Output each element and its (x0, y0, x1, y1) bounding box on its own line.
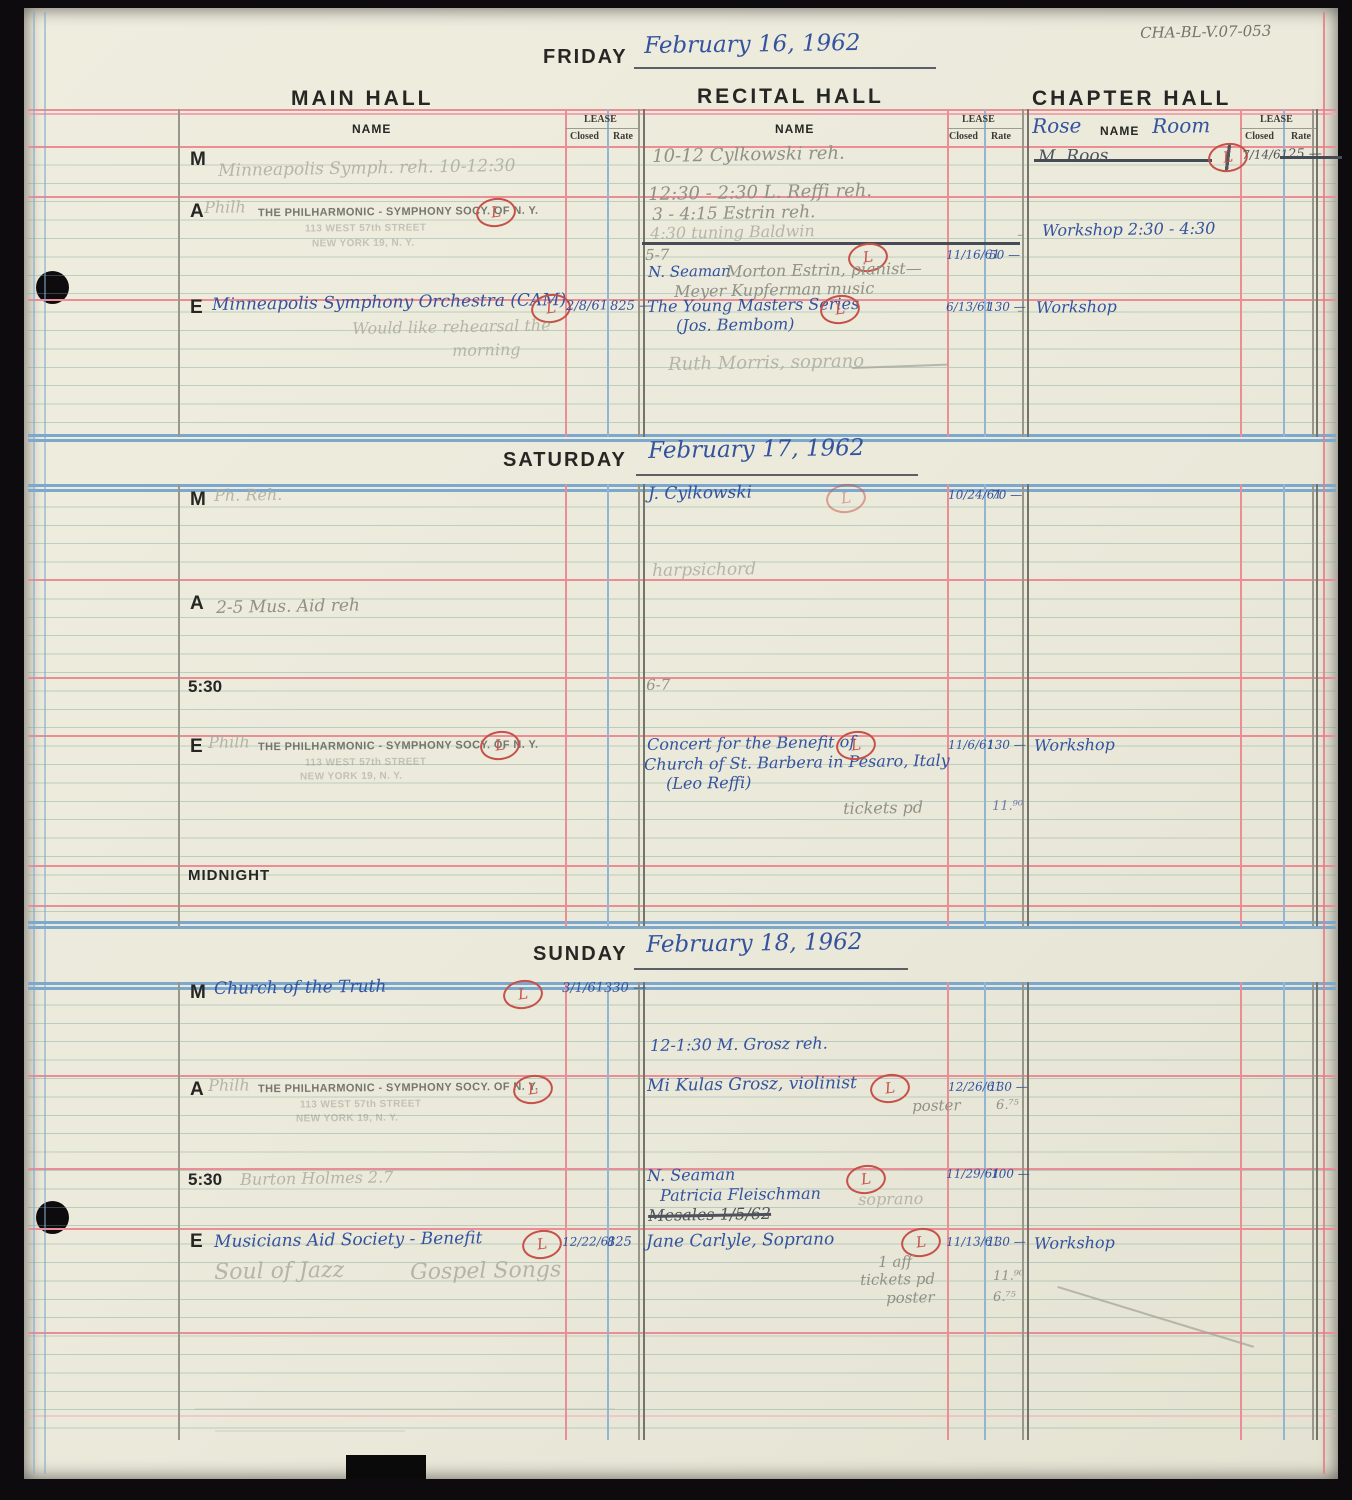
row-label-sun-530: 5:30 (188, 1171, 222, 1188)
grid-line (33, 12, 35, 1474)
grid-line (1027, 982, 1029, 1440)
grid-line (1240, 484, 1242, 926)
row-label-sat-midnight: MIDNIGHT (188, 868, 270, 883)
handwriting-ink-note: 100 — (991, 1167, 1030, 1180)
grid-line (28, 1415, 1336, 1417)
lease-header-main: LEASE (584, 115, 617, 125)
handwriting-ink-note: 6/13/61 (946, 300, 992, 313)
rubber-stamp-text: NEW YORK 19, N. Y. (312, 238, 415, 250)
handwriting-pencil-note: poster (886, 1290, 935, 1306)
handwriting-pencil-note: 6-7 (646, 678, 670, 693)
handwriting-ink-note: 50 — (989, 249, 1020, 261)
row-label-sun-e: E (190, 1232, 203, 1251)
handwriting-pencil-note: Philh (208, 1077, 250, 1094)
date-rule (636, 474, 918, 476)
row-label-sat-m: M (190, 490, 206, 509)
handwriting-ink-note: Musicians Aid Society - Benefit (214, 1230, 483, 1251)
handwriting-pencil-note: 1 aff (878, 1254, 912, 1270)
handwriting-pencil-note: tickets pd (843, 800, 923, 817)
grid-line (28, 926, 1336, 929)
grid-line (1323, 12, 1325, 1474)
handwriting-ink-note: N. Seaman (648, 264, 731, 280)
lease-rate-recital: Rate (991, 132, 1011, 142)
strike-line (1280, 156, 1342, 159)
grid-line (1312, 484, 1314, 926)
handwriting-pencil-note: 4:30 tuning Baldwin (650, 223, 815, 242)
grid-line (643, 982, 645, 1440)
handwriting-ink-note: J. Cylkowski (648, 485, 752, 503)
strike-line (1034, 159, 1212, 162)
grid-line (947, 128, 1022, 129)
handwriting-pencil-note: 6.⁷⁵ (993, 1291, 1016, 1304)
handwriting-pencil-note: Would like rehearsal the (352, 318, 551, 337)
handwriting-pencil-note: 11.⁹⁰ (993, 1269, 1024, 1283)
grid-line (565, 982, 567, 1440)
handwriting-ink-note: 11.⁹⁰ (992, 800, 1023, 813)
row-label-fri-a: A (190, 202, 204, 221)
grid-line (28, 434, 1336, 437)
grid-line (1027, 109, 1029, 437)
handwriting-pencil-note: – (1017, 228, 1024, 242)
handwriting-ink-note: 130 — (987, 738, 1026, 751)
handwriting-ink-note: Workshop (1034, 1235, 1115, 1252)
grid-line (1283, 982, 1285, 1440)
handwriting-ink-note: Mi Kulas Grosz, violinist (647, 1075, 857, 1095)
handwriting-ink-note: 330 — (604, 981, 646, 995)
handwriting-pencil-note: harpsichord (652, 561, 756, 580)
hall-title-main: MAIN HALL (291, 88, 433, 109)
scanned-ledger-photo: CHA-BL-V.07-053 FRIDAY February 16, 1962… (0, 0, 1352, 1500)
row-label-sat-a: A (190, 594, 204, 613)
grid-line (565, 484, 567, 926)
handwriting-pencil-note: 2-5 Mus. Aid reh (216, 597, 360, 617)
handwriting-ink-note: Minneapolis Symphony Orchestra (CAM) (212, 292, 566, 314)
grid-line (947, 982, 949, 1440)
rubber-stamp-text: THE PHILHARMONIC - SYMPHONY SOCY. OF N. … (258, 1081, 539, 1095)
day-date-saturday: February 17, 1962 (648, 437, 865, 463)
erased-pencil-mark (215, 1430, 405, 1432)
row-label-fri-m: M (190, 150, 206, 169)
strike-line (642, 242, 1020, 245)
day-date-sunday: February 18, 1962 (646, 931, 863, 957)
handwriting-pencil-note: morning (452, 342, 521, 359)
lease-closed-chapter: Closed (1245, 132, 1274, 142)
handwriting-pencil-note: Ruth Morris, soprano (668, 353, 864, 374)
handwriting-ink-note: M. Roos (1038, 148, 1109, 166)
chapter-note-room: Room (1152, 115, 1210, 136)
handwriting-pencil-note: 6.⁷⁵ (996, 1099, 1019, 1112)
grid-line (178, 484, 180, 926)
handwriting-ink-note: 12-1:30 M. Grosz reh. (650, 1036, 828, 1054)
grid-line (1240, 982, 1242, 1440)
handwriting-ink-note: Workshop 2:30 - 4:30 (1042, 221, 1215, 239)
lease-closed-recital: Closed (949, 132, 978, 142)
handwriting-pencil-note: Morton Estrin, pianist— (726, 261, 922, 280)
grid-line (28, 921, 1336, 924)
handwriting-pencil-note: Gospel Songs (410, 1259, 561, 1284)
grid-line (1022, 109, 1024, 437)
lease-rate-main: Rate (613, 132, 633, 142)
grid-line (638, 109, 640, 437)
handwriting-ink-note: 825 — (610, 299, 652, 313)
grid-line (643, 484, 645, 926)
handwriting-pencil-note: Soul of Jazz (214, 1260, 344, 1284)
grid-line (984, 982, 986, 1440)
row-label-sun-m: M (190, 983, 206, 1002)
handwriting-ink-note: 25 — (1288, 147, 1322, 161)
handwriting-pencil-note: tickets pd (860, 1272, 935, 1288)
handwriting-pencil-note: poster (912, 1098, 961, 1114)
rubber-stamp-text: 113 WEST 57th STREET (305, 222, 426, 234)
grid-line (44, 12, 46, 1474)
handwriting-ink-note: 7/14/61 (1242, 148, 1288, 161)
handwriting-pencil-note: 5-7 (645, 248, 669, 263)
grid-line (1027, 484, 1029, 926)
name-header-chapter: NAME (1100, 125, 1139, 137)
name-header-recital: NAME (775, 123, 814, 135)
grid-line (1240, 128, 1316, 129)
handwriting-ink-note: 130 — (989, 1080, 1028, 1093)
lease-header-chapter: LEASE (1260, 115, 1293, 125)
day-date-friday: February 16, 1962 (644, 32, 861, 58)
row-label-sun-a: A (190, 1080, 204, 1099)
handwriting-ink-note: (Leo Reffi) (666, 775, 751, 792)
handwriting-ink-note: (Jos. Bembom) (676, 316, 795, 334)
grid-line (984, 484, 986, 926)
grid-line (1316, 982, 1318, 1440)
handwriting-ink-note: Church of St. Barbera in Pesaro, Italy (644, 753, 950, 773)
handwriting-ink-note: Patricia Fleischman (660, 1186, 821, 1204)
grid-line (178, 982, 180, 1440)
grid-line (565, 128, 638, 129)
erased-pencil-mark (195, 1408, 615, 1410)
rubber-stamp-text: NEW YORK 19, N. Y. (296, 1113, 399, 1125)
grid-line (1022, 982, 1024, 1440)
grid-line (1283, 484, 1285, 926)
name-header-main: NAME (352, 123, 391, 135)
handwriting-ink-note: Mesales 1/5/62 (648, 1206, 771, 1224)
grid-line (607, 109, 609, 437)
reference-number: CHA-BL-V.07-053 (1140, 24, 1271, 41)
handwriting-ink-note: 3/1/61 (562, 981, 604, 995)
grid-line (607, 982, 609, 1440)
grid-line (28, 1228, 1336, 1230)
grid-line (643, 109, 645, 437)
chapter-note-rose: Rose (1032, 115, 1081, 136)
handwriting-pencil-note: Philh (208, 734, 250, 751)
rubber-stamp-text: 113 WEST 57th STREET (300, 1098, 421, 1110)
handwriting-ink-note: Workshop (1036, 299, 1117, 316)
grid-line (28, 1332, 1336, 1334)
row-label-sat-e: E (190, 737, 203, 756)
grid-line (1022, 484, 1024, 926)
lease-closed-main: Closed (570, 132, 599, 142)
hall-title-recital: RECITAL HALL (697, 86, 884, 107)
grid-line (28, 489, 1336, 921)
grid-line (607, 484, 609, 926)
rubber-stamp-text: NEW YORK 19, N. Y. (300, 771, 403, 783)
handwriting-pencil-note: 10-12 Cylkowski reh. (652, 145, 845, 166)
handwriting-ink-note: 130 — (987, 1235, 1026, 1248)
grid-line (28, 905, 1336, 907)
handwriting-ink-note: 825 (607, 1236, 632, 1249)
grid-line (28, 677, 1336, 679)
grid-line (984, 109, 986, 437)
grid-line (947, 109, 949, 437)
day-title-saturday: SATURDAY (503, 450, 627, 470)
handwriting-pencil-note: Philh (204, 199, 246, 216)
handwriting-pencil-note: Burton Holmes 2.7 (240, 1169, 394, 1188)
handwriting-pencil-note: Ph. Reh. (214, 487, 282, 504)
day-title-sunday: SUNDAY (533, 944, 628, 964)
row-label-fri-e: E (190, 298, 203, 317)
handwriting-ink-note: Concert for the Benefit of (647, 734, 855, 753)
date-rule (634, 968, 908, 970)
handwriting-pencil-note: – (1017, 304, 1024, 318)
row-label-sat-530: 5:30 (188, 678, 222, 695)
grid-line (638, 484, 640, 926)
handwriting-ink-note: 70 — (991, 489, 1022, 501)
handwriting-ink-note: Jane Carlyle, Soprano (646, 1231, 834, 1251)
handwriting-ink-note: N. Seaman (647, 1167, 735, 1184)
day-title-friday: FRIDAY (543, 47, 628, 67)
handwriting-pencil-note: 12:30 - 2:30 L. Reffi reh. (648, 182, 872, 204)
hall-title-chapter: CHAPTER HALL (1032, 88, 1231, 109)
lease-rate-chapter: Rate (1291, 132, 1311, 142)
grid-line (947, 484, 949, 926)
handwriting-ink-note: Church of the Truth (214, 979, 387, 998)
rubber-stamp-text: 113 WEST 57th STREET (305, 756, 426, 768)
grid-line (565, 109, 567, 437)
redaction-sticker (346, 1455, 426, 1479)
grid-line (1316, 484, 1318, 926)
date-rule (634, 67, 936, 69)
grid-line (638, 982, 640, 1440)
lease-header-recital: LEASE (962, 115, 995, 125)
grid-line (28, 113, 1336, 115)
handwriting-ink-note: 2/8/61 (566, 299, 608, 313)
grid-line (178, 109, 180, 437)
handwriting-ink-note: Workshop (1034, 737, 1115, 754)
grid-line (1312, 982, 1314, 1440)
